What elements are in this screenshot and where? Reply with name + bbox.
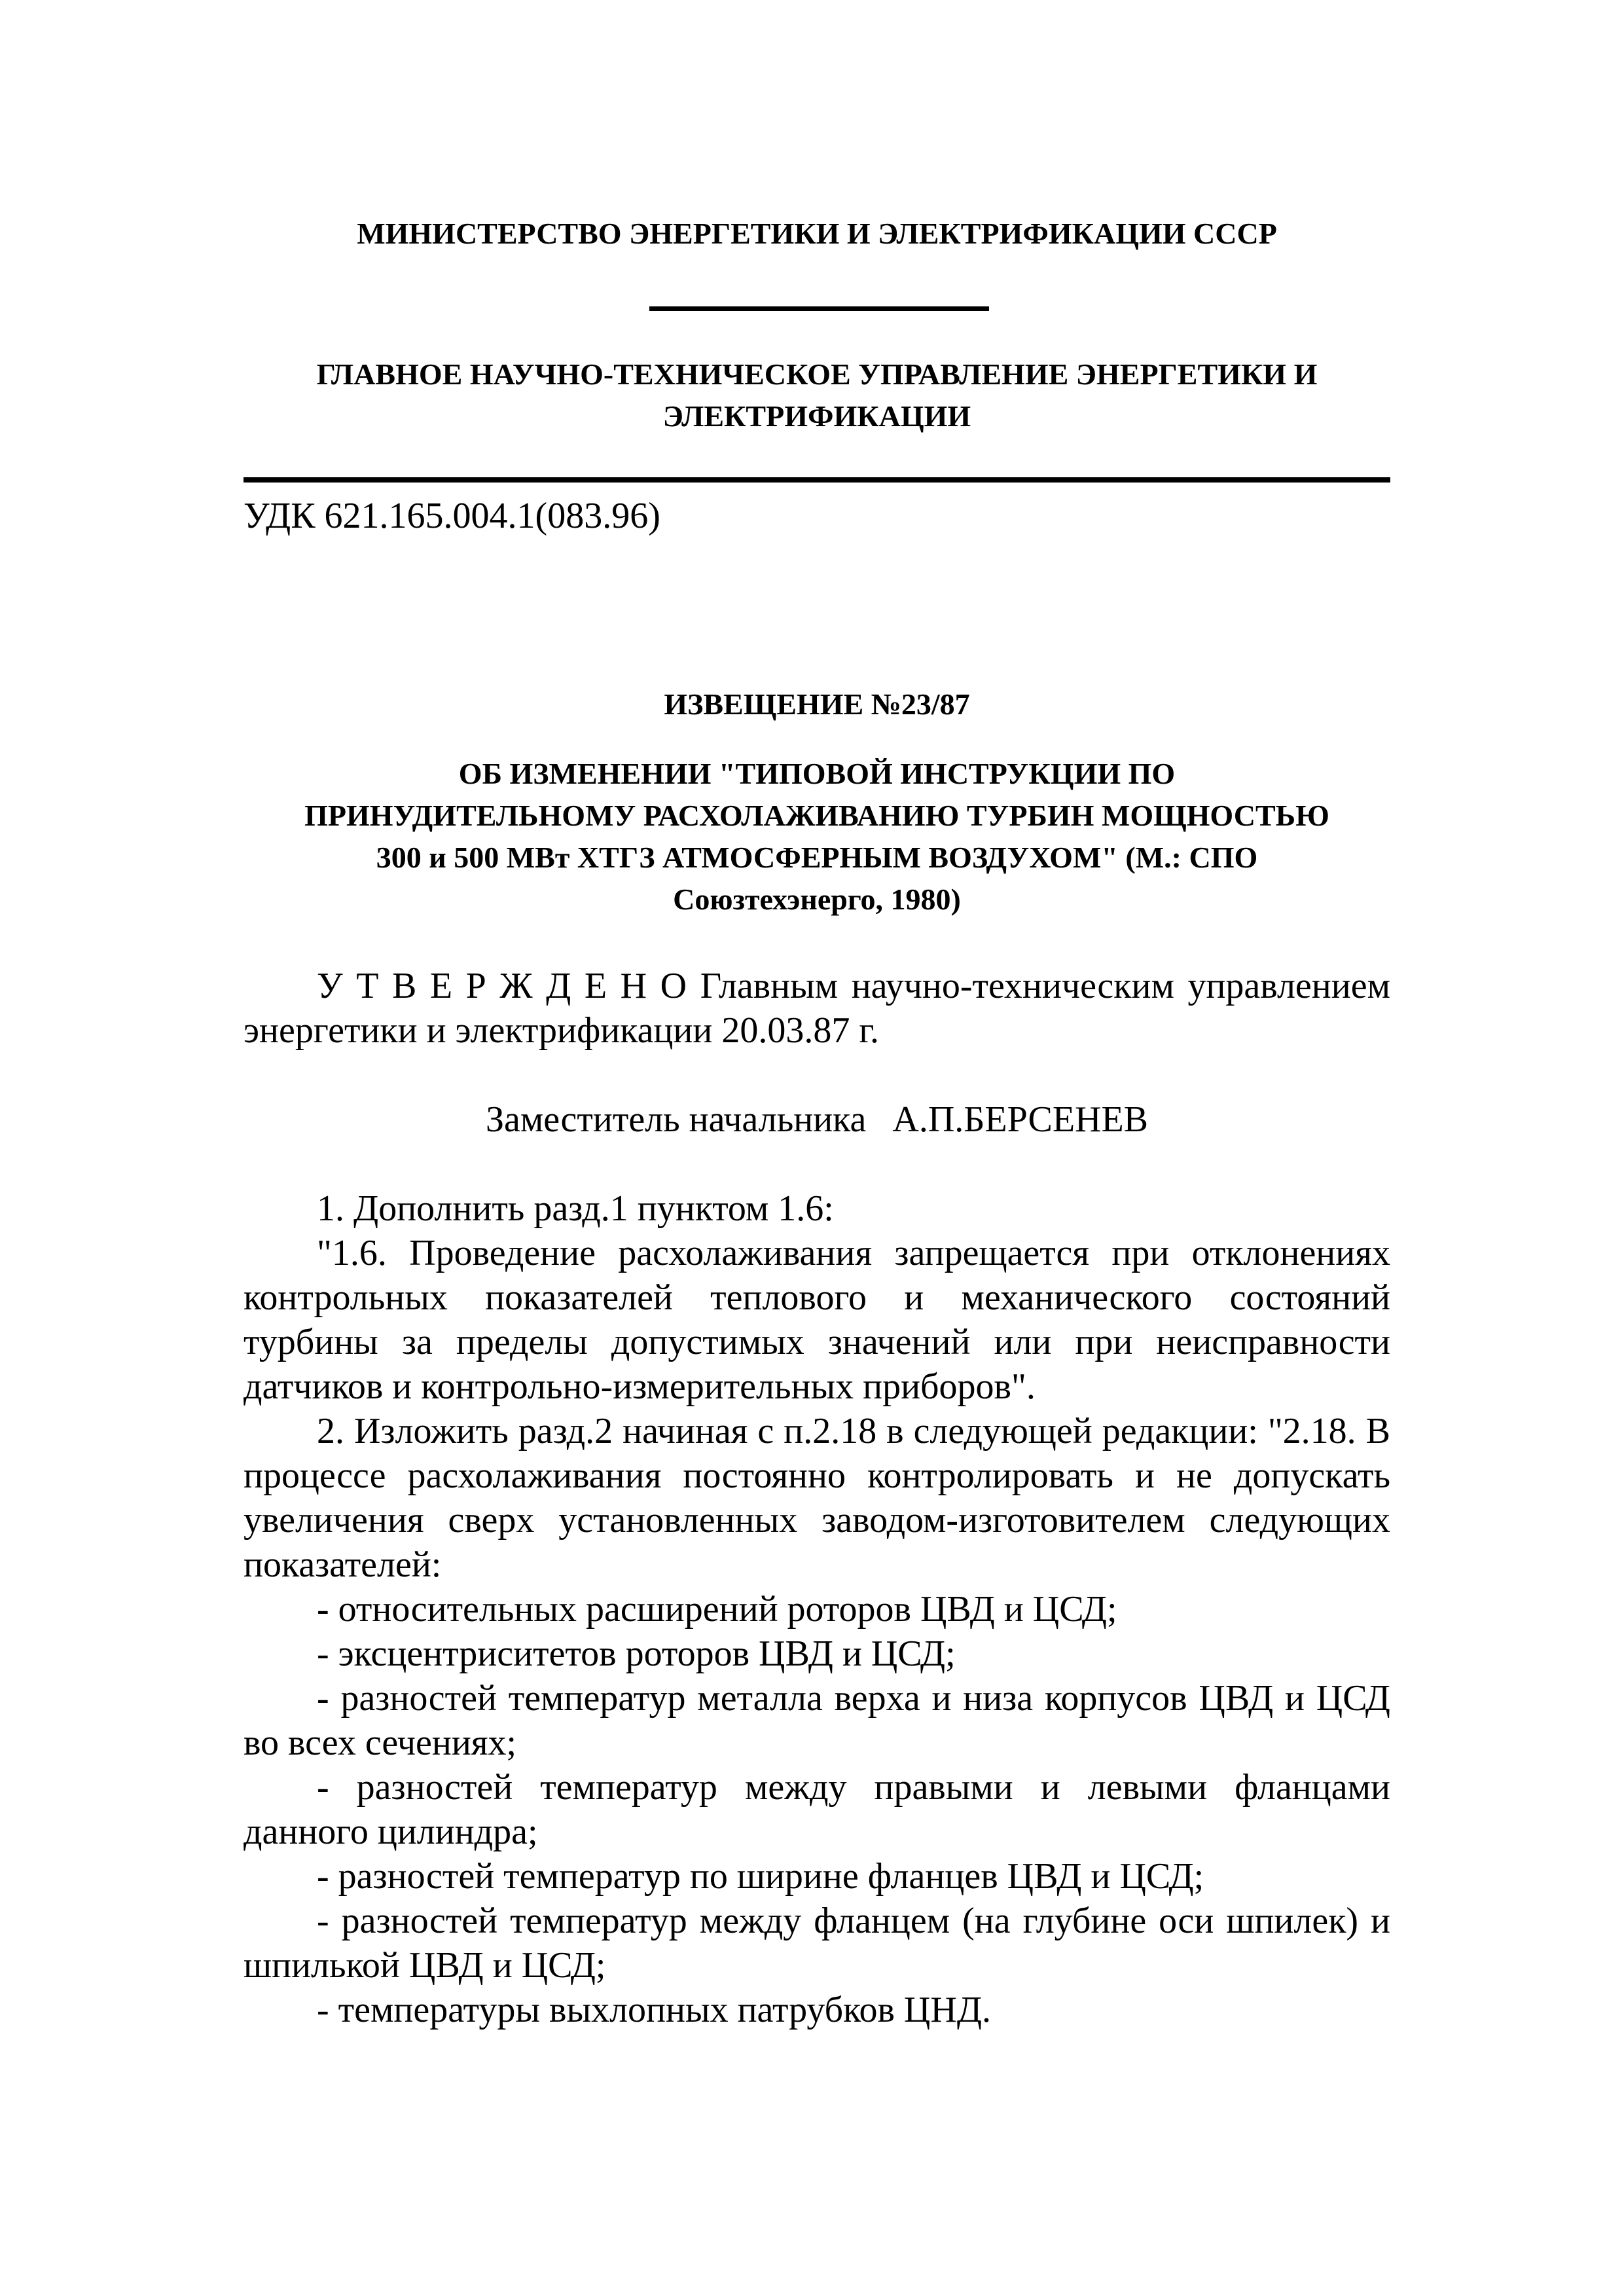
udk-code: УДК 621.165.004.1(083.96) bbox=[244, 492, 660, 539]
item-2-text: 2. Изложить разд.2 начиная с п.2.18 в сл… bbox=[244, 1409, 1390, 1587]
document-body: У Т В Е Р Ж Д Е Н О Главным научно-техни… bbox=[244, 964, 1390, 2032]
directorate-line-2: ЭЛЕКТРИФИКАЦИИ bbox=[244, 395, 1390, 437]
list-item: - относительных расширений роторов ЦВД и… bbox=[244, 1587, 1390, 1631]
document-page: МИНИСТЕРСТВО ЭНЕРГЕТИКИ И ЭЛЕКТРИФИКАЦИИ… bbox=[0, 0, 1624, 2296]
ministry-title: МИНИСТЕРСТВО ЭНЕРГЕТИКИ И ЭЛЕКТРИФИКАЦИИ… bbox=[244, 213, 1390, 255]
item-1-text: "1.6. Проведение расхолаживания запрещае… bbox=[244, 1231, 1390, 1409]
list-item: - разностей температур по ширине фланцев… bbox=[244, 1854, 1390, 1899]
list-item: - разностей температур между правыми и л… bbox=[244, 1765, 1390, 1854]
list-item: - разностей температур между фланцем (на… bbox=[244, 1899, 1390, 1988]
subtitle-line: ОБ ИЗМЕНЕНИИ "ТИПОВОЙ ИНСТРУКЦИИ ПО bbox=[244, 753, 1390, 795]
long-divider bbox=[244, 477, 1390, 483]
notice-subtitle: ОБ ИЗМЕНЕНИИ "ТИПОВОЙ ИНСТРУКЦИИ ПО ПРИН… bbox=[244, 753, 1390, 920]
directorate-title: ГЛАВНОЕ НАУЧНО-ТЕХНИЧЕСКОЕ УПРАВЛЕНИЕ ЭН… bbox=[244, 354, 1390, 437]
subtitle-line: ПРИНУДИТЕЛЬНОМУ РАСХОЛАЖИВАНИЮ ТУРБИН МО… bbox=[244, 795, 1390, 837]
signatory-title: Заместитель начальника bbox=[486, 1099, 866, 1140]
item-1-heading: 1. Дополнить разд.1 пунктом 1.6: bbox=[244, 1186, 1390, 1231]
subtitle-line: 300 и 500 МВт ХТГЗ АТМОСФЕРНЫМ ВОЗДУХОМ"… bbox=[244, 837, 1390, 879]
approval-paragraph: У Т В Е Р Ж Д Е Н О Главным научно-техни… bbox=[244, 964, 1390, 1053]
directorate-line-1: ГЛАВНОЕ НАУЧНО-ТЕХНИЧЕСКОЕ УПРАВЛЕНИЕ ЭН… bbox=[244, 354, 1390, 395]
short-divider bbox=[649, 306, 989, 311]
signatory-name: А.П.БЕРСЕНЕВ bbox=[892, 1099, 1148, 1140]
signature-line: Заместитель начальникаА.П.БЕРСЕНЕВ bbox=[244, 1097, 1390, 1142]
notice-number: ИЗВЕЩЕНИЕ №23/87 bbox=[244, 683, 1390, 725]
list-item: - температуры выхлопных патрубков ЦНД. bbox=[244, 1988, 1390, 2032]
approval-label: У Т В Е Р Ж Д Е Н О bbox=[317, 966, 687, 1006]
list-item: - эксцентриситетов роторов ЦВД и ЦСД; bbox=[244, 1631, 1390, 1676]
subtitle-line: Союзтехэнерго, 1980) bbox=[244, 879, 1390, 920]
list-item: - разностей температур металла верха и н… bbox=[244, 1676, 1390, 1765]
